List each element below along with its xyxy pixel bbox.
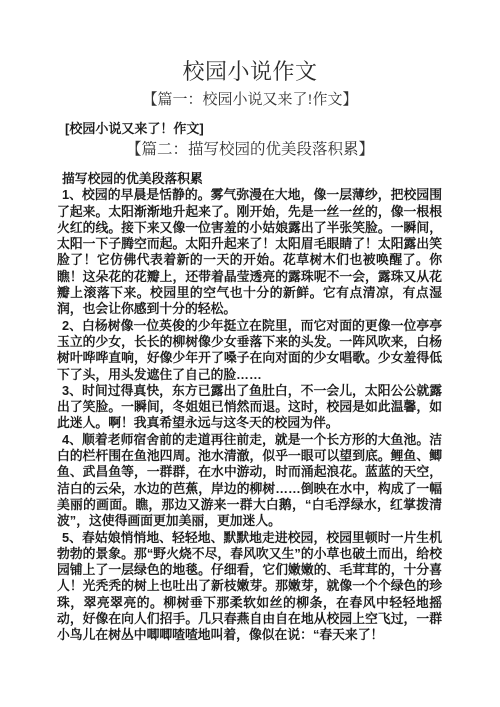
body-heading: 描写校园的优美段落积累 xyxy=(57,171,442,187)
section-heading-part1: 【篇一：校园小说又来了!作文】 xyxy=(0,91,500,109)
paragraph-1: 1、校园的早晨是恬静的。雾气弥漫在大地，像一层薄纱，把校园围了起来。太阳渐渐地升… xyxy=(57,187,442,317)
essay-body: 描写校园的优美段落积累 1、校园的早晨是恬静的。雾气弥漫在大地，像一层薄纱，把校… xyxy=(0,171,500,644)
document-title: 校园小说作文 xyxy=(0,0,500,85)
section-heading-part2: 【篇二：描写校园的优美段落积累】 xyxy=(0,140,500,159)
paragraph-5: 5、春姑娘悄悄地、轻轻地、默默地走进校园，校园里顿时一片生机勃勃的景象。那“野火… xyxy=(57,530,442,644)
paragraph-2: 2、白杨树像一位英俊的少年挺立在院里，而它对面的更像一位亭亭玉立的少女，长长的柳… xyxy=(57,318,442,383)
document-page: 校园小说作文 【篇一：校园小说又来了!作文】 [校园小说又来了！作文] 【篇二：… xyxy=(0,0,500,707)
paragraph-3: 3、时间过得真快，东方已露出了鱼肚白，不一会儿，太阳公公就露出了笑脸。一瞬间，冬… xyxy=(57,383,442,432)
paragraph-4: 4、顺着老师宿舍前的走道再往前走，就是一个长方形的大鱼池。洁白的栏杆围在鱼池四周… xyxy=(57,432,442,530)
bracket-subtitle: [校园小说又来了！作文] xyxy=(65,121,500,137)
